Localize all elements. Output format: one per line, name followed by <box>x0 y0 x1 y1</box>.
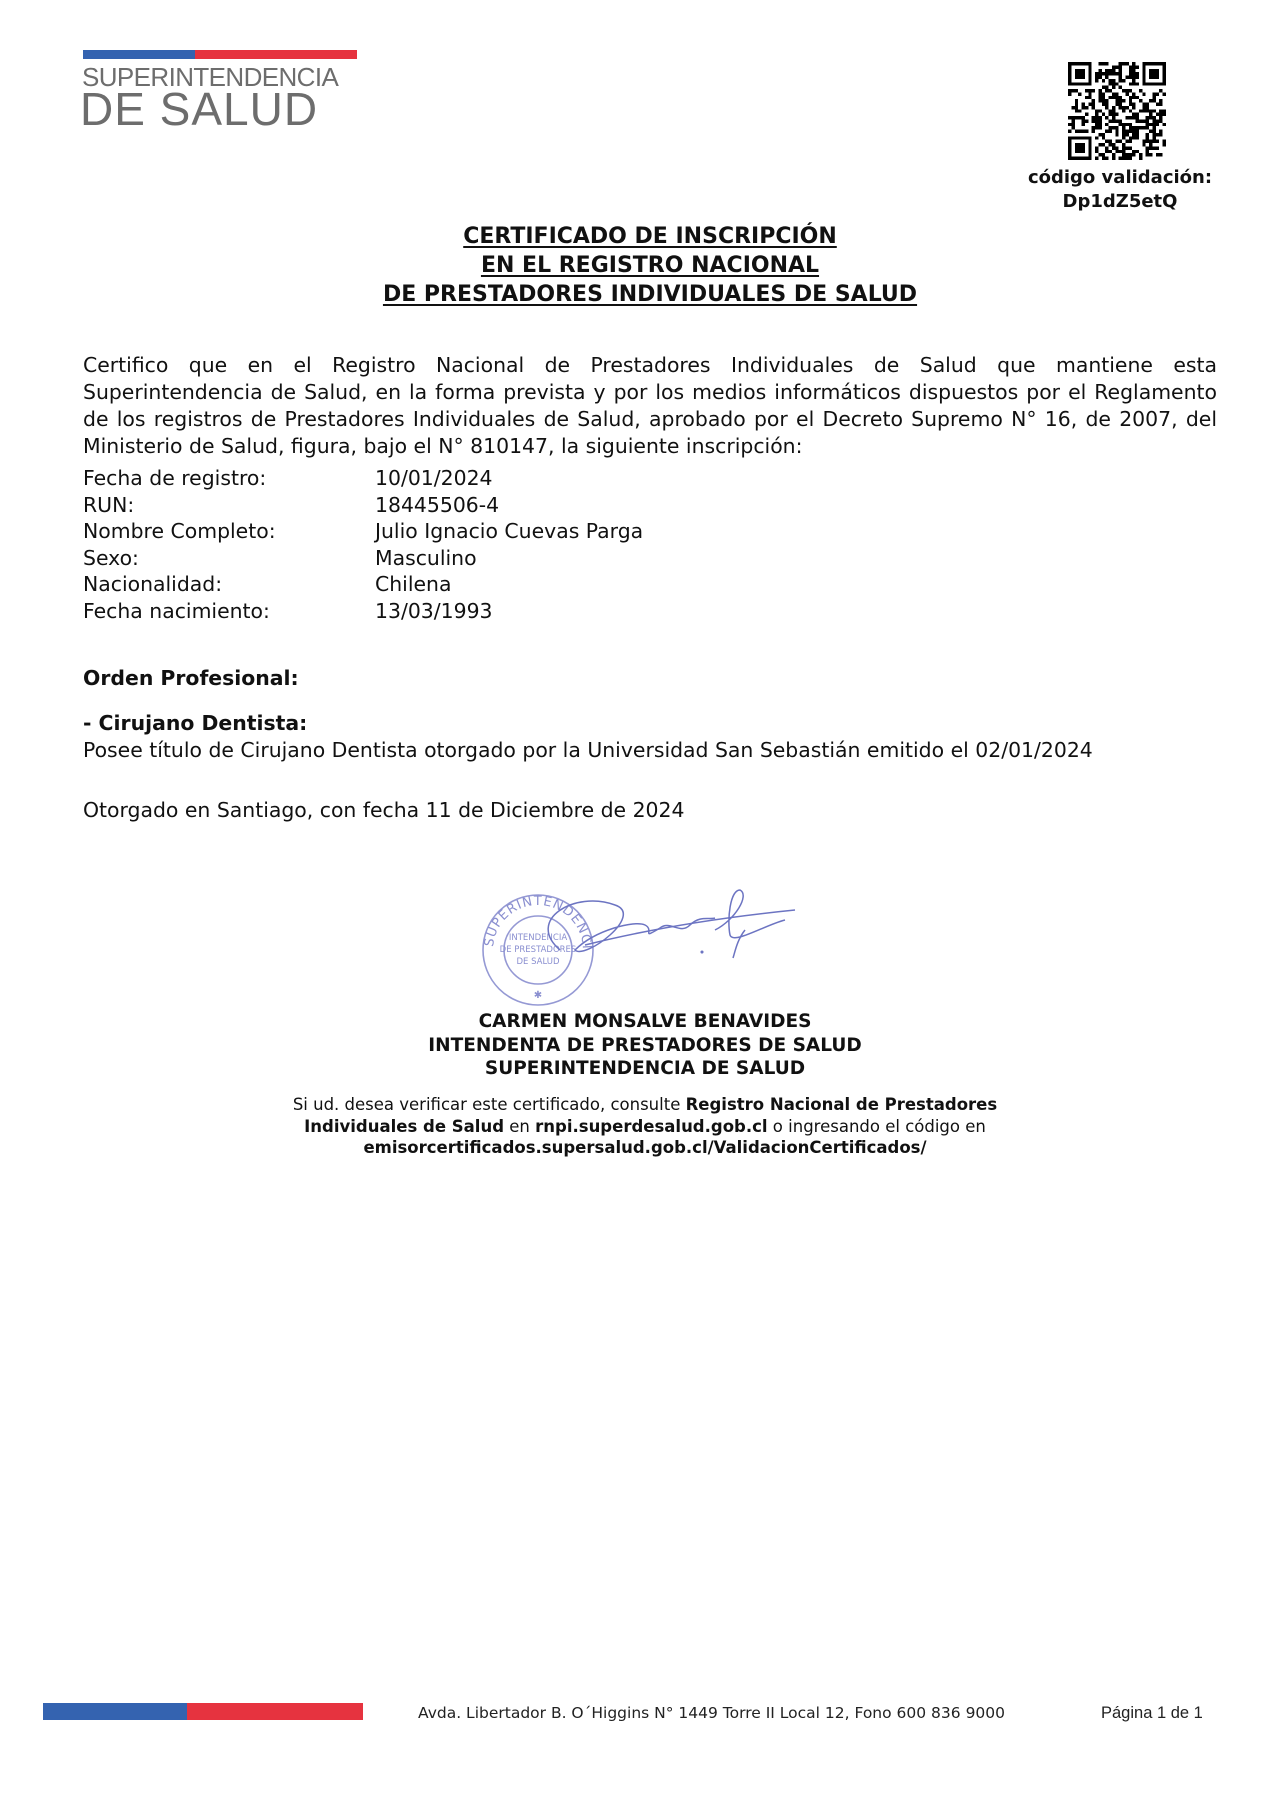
registry-name: Registro Nacional de Prestadores <box>686 1095 998 1114</box>
validation-code: Dp1dZ5etQ <box>1000 190 1240 214</box>
field-row: RUN:18445506-4 <box>83 492 643 519</box>
profession-title: - Cirujano Dentista: <box>83 710 307 736</box>
title-line-2: EN EL REGISTRO NACIONAL <box>0 251 1280 280</box>
logo-bar-blue <box>83 50 195 59</box>
field-row: Fecha nacimiento:13/03/1993 <box>83 598 643 625</box>
logo-flag-bar <box>83 50 357 59</box>
field-row: Sexo:Masculino <box>83 545 643 572</box>
footer-address: Avda. Libertador B. O´Higgins N° 1449 To… <box>418 1703 1005 1723</box>
validation-url-link[interactable]: emisorcertificados.supersalud.gob.cl/Val… <box>363 1138 926 1157</box>
registry-name-cont: Individuales de Salud <box>304 1117 504 1136</box>
field-value: 10/01/2024 <box>375 465 493 492</box>
profession-heading: Orden Profesional: <box>83 665 299 691</box>
signer-block: CARMEN MONSALVE BENAVIDES INTENDENTA DE … <box>0 1010 1280 1081</box>
logo-text-de-salud: DE SALUD <box>80 86 318 132</box>
footer-bar-red <box>187 1703 363 1720</box>
logo-bar-red <box>195 50 357 59</box>
signature-stamp: SUPERINTENDENCIA DE SALUD INTENDENCIA DE… <box>465 880 815 1010</box>
verification-note: Si ud. desea verificar este certificado,… <box>0 1094 1280 1159</box>
svg-text:INTENDENCIA: INTENDENCIA <box>509 933 568 943</box>
page-number: Página 1 de 1 <box>1101 1703 1203 1723</box>
field-label: RUN: <box>83 492 375 519</box>
svg-text:DE SALUD: DE SALUD <box>516 957 560 967</box>
field-label: Fecha nacimiento: <box>83 598 375 625</box>
title-line-3: DE PRESTADORES INDIVIDUALES DE SALUD <box>0 280 1280 309</box>
title-line-1: CERTIFICADO DE INSCRIPCIÓN <box>0 222 1280 251</box>
verify-text: o ingresando el código en <box>768 1117 986 1136</box>
field-value: Masculino <box>375 545 477 572</box>
issued-statement: Otorgado en Santiago, con fecha 11 de Di… <box>83 797 684 823</box>
verify-text: Si ud. desea verificar este certificado,… <box>293 1095 686 1114</box>
field-row: Nacionalidad:Chilena <box>83 571 643 598</box>
signer-name: CARMEN MONSALVE BENAVIDES <box>0 1010 1280 1034</box>
field-value: 13/03/1993 <box>375 598 493 625</box>
registration-fields: Fecha de registro:10/01/2024 RUN:1844550… <box>83 465 643 624</box>
svg-text:✱: ✱ <box>534 990 542 1001</box>
signer-org: SUPERINTENDENCIA DE SALUD <box>0 1057 1280 1081</box>
field-label: Fecha de registro: <box>83 465 375 492</box>
signer-role: INTENDENTA DE PRESTADORES DE SALUD <box>0 1034 1280 1058</box>
footer-flag-bar <box>43 1703 363 1720</box>
field-value: 18445506-4 <box>375 492 499 519</box>
field-label: Sexo: <box>83 545 375 572</box>
field-row: Fecha de registro:10/01/2024 <box>83 465 643 492</box>
validation-label: código validación: <box>1000 166 1240 190</box>
rnpi-link[interactable]: rnpi.superdesalud.gob.cl <box>535 1117 767 1136</box>
verify-text: en <box>504 1117 535 1136</box>
field-label: Nacionalidad: <box>83 571 375 598</box>
field-value: Julio Ignacio Cuevas Parga <box>375 518 643 545</box>
footer-bar-blue <box>43 1703 187 1720</box>
certification-paragraph: Certifico que en el Registro Nacional de… <box>83 352 1217 460</box>
svg-text:DE PRESTADORES: DE PRESTADORES <box>500 945 577 955</box>
certificate-title: CERTIFICADO DE INSCRIPCIÓN EN EL REGISTR… <box>0 222 1280 309</box>
field-row: Nombre Completo:Julio Ignacio Cuevas Par… <box>83 518 643 545</box>
field-value: Chilena <box>375 571 451 598</box>
field-label: Nombre Completo: <box>83 518 375 545</box>
profession-description: Posee título de Cirujano Dentista otorga… <box>83 737 1093 763</box>
qr-code-icon <box>1068 62 1166 160</box>
